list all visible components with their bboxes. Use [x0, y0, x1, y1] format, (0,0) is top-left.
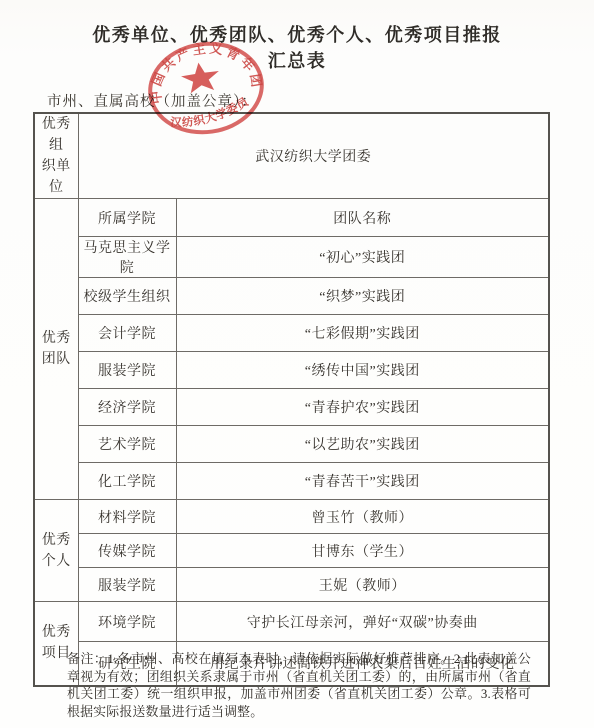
table-row: 化工学院 “青春苦干”实践团 — [34, 463, 549, 500]
college-cell: 化工学院 — [78, 463, 176, 500]
value-cell: “以艺助农”实践团 — [176, 426, 549, 463]
table-row: 服装学院 “绣传中国”实践团 — [34, 352, 549, 389]
table-row: 优秀 个人 材料学院 曾玉竹（教师） — [34, 500, 549, 534]
college-cell: 材料学院 — [78, 500, 176, 534]
table-row: 校级学生组织 “织梦”实践团 — [34, 278, 549, 315]
college-cell: 会计学院 — [78, 315, 176, 352]
table-row: 艺术学院 “以艺助农”实践团 — [34, 426, 549, 463]
table-row: 会计学院 “七彩假期”实践团 — [34, 315, 549, 352]
column-header-college: 所属学院 — [78, 199, 176, 237]
table-row: 优秀 团队 所属学院 团队名称 — [34, 199, 549, 237]
page-title-line2: 汇总表 — [0, 48, 594, 74]
subheading-seal-instruction: 市州、直属高校（加盖公章）： — [47, 90, 257, 111]
table-row: 优秀组 织单位 武汉纺织大学团委 — [34, 113, 549, 199]
page-title: 优秀单位、优秀团队、优秀个人、优秀项目推报 汇总表 — [0, 22, 594, 74]
summary-table: 优秀组 织单位 武汉纺织大学团委 优秀 团队 所属学院 团队名称 马克思主义学院… — [33, 112, 550, 687]
table-row: 传媒学院 甘博东（学生） — [34, 534, 549, 568]
value-cell: “七彩假期”实践团 — [176, 315, 549, 352]
value-cell: 曾玉竹（教师） — [176, 500, 549, 534]
value-cell: 守护长江母亲河，弹好“双碳”协奏曲 — [176, 602, 549, 642]
table-row: 服装学院 王妮（教师） — [34, 568, 549, 602]
value-cell: 甘博东（学生） — [176, 534, 549, 568]
org-unit-label: 优秀组 织单位 — [34, 113, 78, 199]
college-cell: 艺术学院 — [78, 426, 176, 463]
value-cell: “青春护农”实践团 — [176, 389, 549, 426]
page-title-line1: 优秀单位、优秀团队、优秀个人、优秀项目推报 — [0, 22, 594, 48]
college-cell: 环境学院 — [78, 602, 176, 642]
college-cell: 服装学院 — [78, 352, 176, 389]
college-cell: 传媒学院 — [78, 534, 176, 568]
section-label-individuals: 优秀 个人 — [34, 500, 78, 602]
table-row: 经济学院 “青春护农”实践团 — [34, 389, 549, 426]
value-cell: “绣传中国”实践团 — [176, 352, 549, 389]
footnote: 备注：1.各市州、高校在填写本表时，请依据实际做好推荐排序。2.此表加盖公章视为… — [67, 651, 531, 721]
college-cell: 经济学院 — [78, 389, 176, 426]
college-cell: 服装学院 — [78, 568, 176, 602]
column-header-team-name: 团队名称 — [176, 199, 549, 237]
section-label-teams: 优秀 团队 — [34, 199, 78, 500]
college-cell: 校级学生组织 — [78, 278, 176, 315]
value-cell: “青春苦干”实践团 — [176, 463, 549, 500]
org-unit-value: 武汉纺织大学团委 — [78, 113, 549, 199]
value-cell: “初心”实践团 — [176, 237, 549, 278]
college-cell: 马克思主义学院 — [78, 237, 176, 278]
table-row: 马克思主义学院 “初心”实践团 — [34, 237, 549, 278]
value-cell: 王妮（教师） — [176, 568, 549, 602]
table-row: 优秀 项目 环境学院 守护长江母亲河，弹好“双碳”协奏曲 — [34, 602, 549, 642]
value-cell: “织梦”实践团 — [176, 278, 549, 315]
scanned-page-background: 优秀单位、优秀团队、优秀个人、优秀项目推报 汇总表 市州、直属高校（加盖公章）：… — [0, 0, 594, 728]
